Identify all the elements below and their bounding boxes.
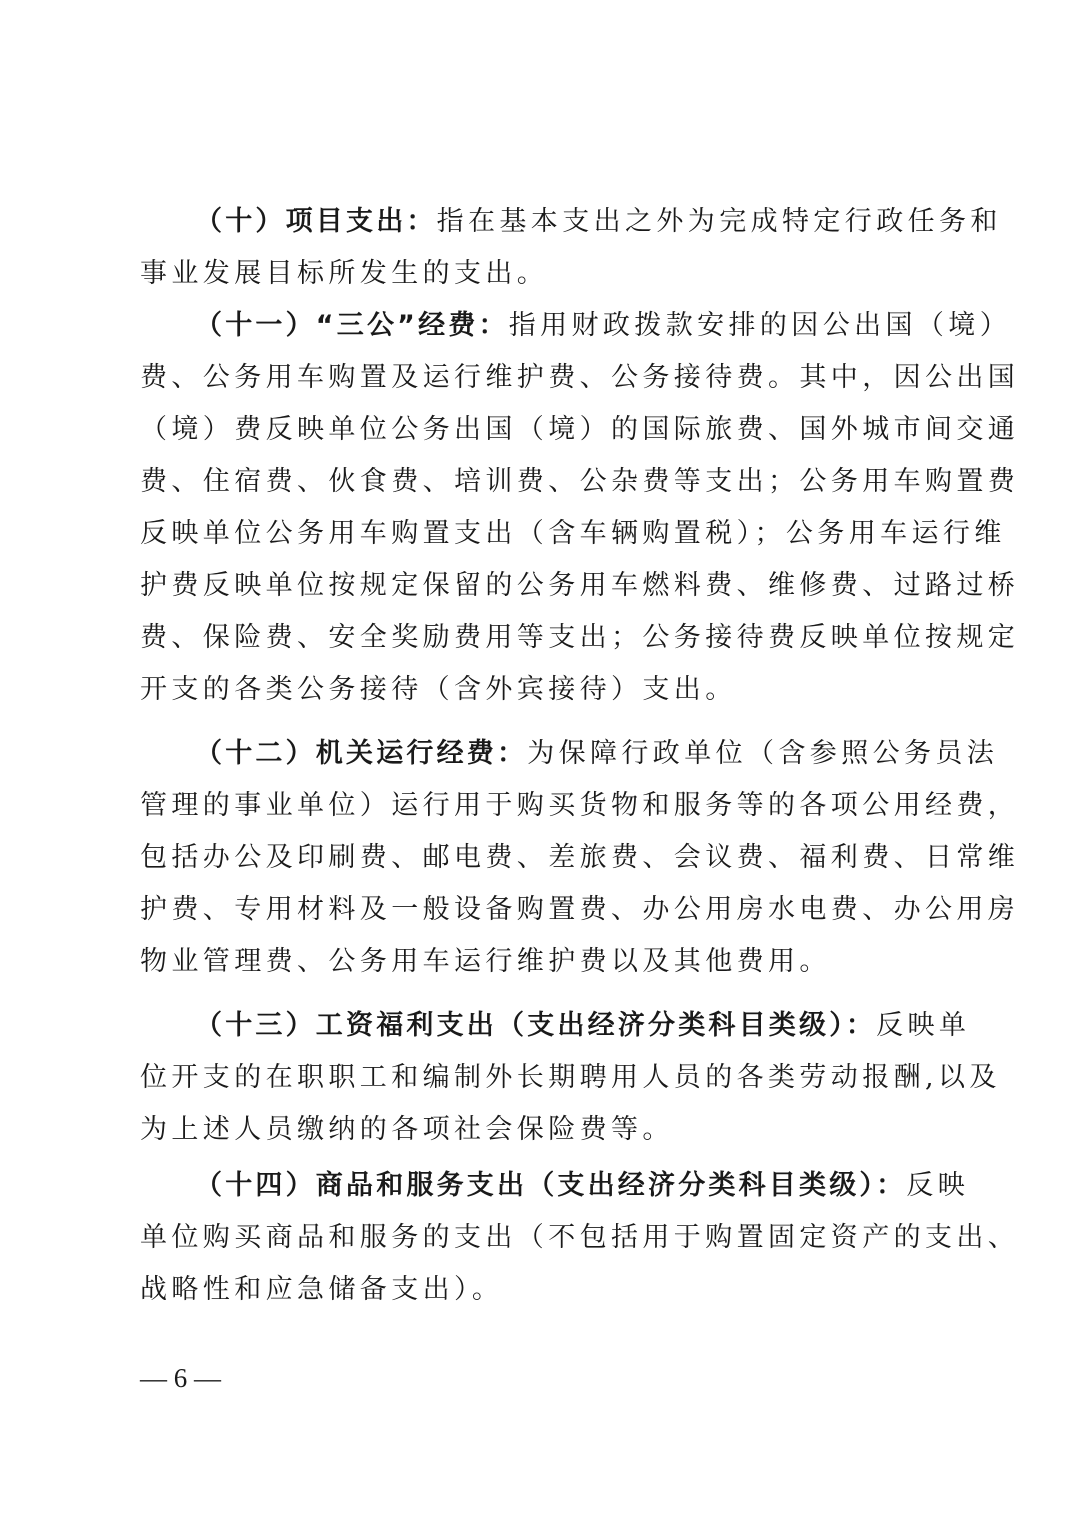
paragraph-10-line-1: （十）项目支出：指在基本支出之外为完成特定行政任务和 bbox=[195, 204, 940, 240]
paragraph-11-line-3: （境）费反映单位公务出国（境）的国际旅费、国外城市间交通 bbox=[140, 412, 940, 448]
paragraph-10-line-2: 事业发展目标所发生的支出。 bbox=[140, 256, 940, 292]
heading-13: （十三）工资福利支出（支出经济分类科目类级）： bbox=[195, 1010, 876, 1041]
paragraph-11-line-5: 反映单位公务用车购置支出（含车辆购置税）；公务用车运行维 bbox=[140, 516, 940, 552]
paragraph-11-line-4: 费、住宿费、伙食费、培训费、公杂费等支出；公务用车购置费 bbox=[140, 464, 940, 500]
paragraph-12-line-4: 护费、专用材料及一般设备购置费、办公用房水电费、办公用房 bbox=[140, 892, 940, 928]
paragraph-11-line-2: 费、公务用车购置及运行维护费、公务接待费。其中，因公出国 bbox=[140, 360, 940, 396]
paragraph-13-line-2: 位开支的在职职工和编制外长期聘用人员的各类劳动报酬,以及 bbox=[140, 1060, 940, 1096]
paragraph-12-line-2: 管理的事业单位）运行用于购买货物和服务等的各项公用经费， bbox=[140, 788, 940, 824]
heading-12: （十二）机关运行经费： bbox=[195, 738, 527, 769]
paragraph-13-line-3: 为上述人员缴纳的各项社会保险费等。 bbox=[140, 1112, 940, 1148]
paragraph-11-line-8: 开支的各类公务接待（含外宾接待）支出。 bbox=[140, 672, 940, 708]
paragraph-11-line-6: 护费反映单位按规定保留的公务用车燃料费、维修费、过路过桥 bbox=[140, 568, 940, 604]
paragraph-12-line-3: 包括办公及印刷费、邮电费、差旅费、会议费、福利费、日常维 bbox=[140, 840, 940, 876]
paragraph-14-line-3: 战略性和应急储备支出）。 bbox=[140, 1272, 940, 1308]
heading-10: （十）项目支出： bbox=[195, 206, 437, 237]
paragraph-14-line-2: 单位购买商品和服务的支出（不包括用于购置固定资产的支出、 bbox=[140, 1220, 940, 1256]
paragraph-11-line-7: 费、保险费、安全奖励费用等支出；公务接待费反映单位按规定 bbox=[140, 620, 940, 656]
paragraph-11-line-1: （十一）“三公”经费：指用财政拨款安排的因公出国（境） bbox=[195, 308, 940, 344]
heading-14: （十四）商品和服务支出（支出经济分类科目类级）： bbox=[195, 1170, 906, 1201]
paragraph-13-line-1: （十三）工资福利支出（支出经济分类科目类级）：反映单 bbox=[195, 1008, 940, 1044]
heading-11: （十一）“三公”经费： bbox=[195, 310, 509, 341]
paragraph-12-line-5: 物业管理费、公务用车运行维护费以及其他费用。 bbox=[140, 944, 940, 980]
page-number: — 6 — bbox=[140, 1360, 221, 1396]
paragraph-12-line-1: （十二）机关运行经费：为保障行政单位（含参照公务员法 bbox=[195, 736, 940, 772]
paragraph-14-line-1: （十四）商品和服务支出（支出经济分类科目类级）：反映 bbox=[195, 1168, 940, 1204]
document-page: （十）项目支出：指在基本支出之外为完成特定行政任务和 事业发展目标所发生的支出。… bbox=[0, 0, 1074, 1520]
